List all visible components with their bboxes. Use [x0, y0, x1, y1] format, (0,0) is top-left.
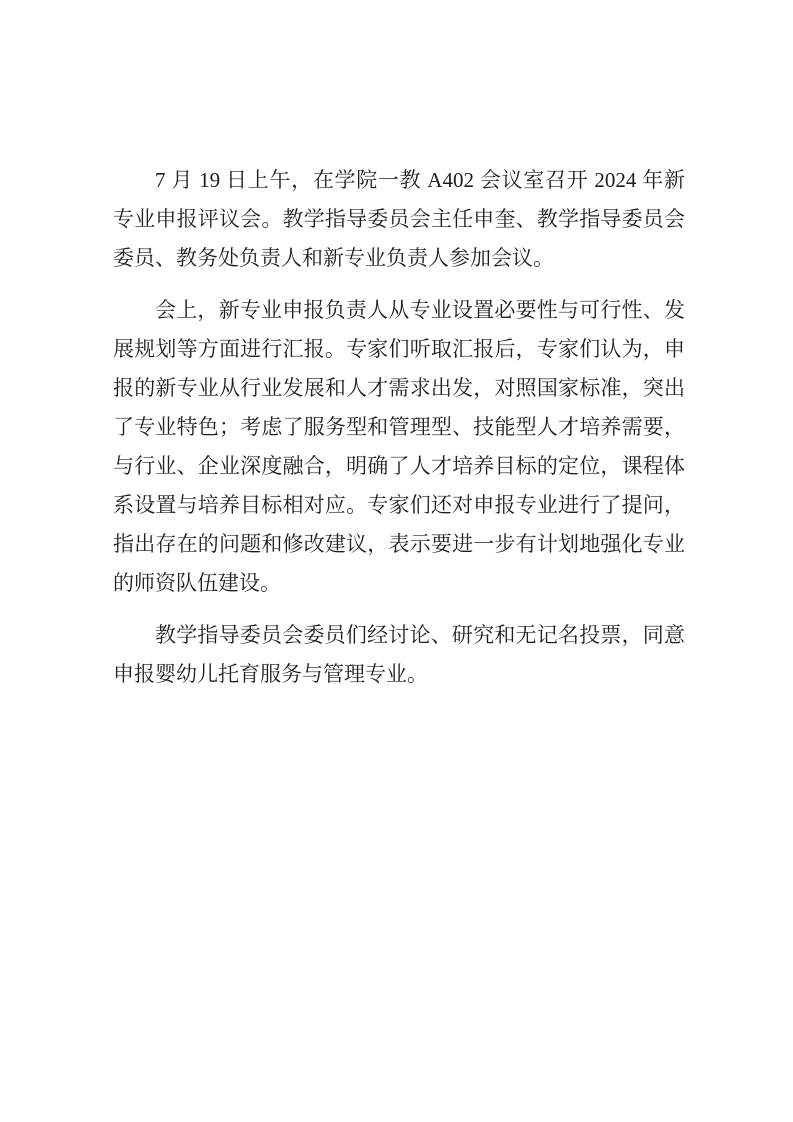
paragraph-vote-result: 教学指导委员会委员们经讨论、研究和无记名投票，同意申报婴幼儿托育服务与管理专业。	[113, 616, 685, 694]
paragraph-review-details: 会上，新专业申报负责人从专业设置必要性与可行性、发展规划等方面进行汇报。专家们听…	[113, 291, 685, 603]
paragraph-meeting-opening: 7 月 19 日上午，在学院一教 A402 会议室召开 2024 年新专业申报评…	[113, 161, 685, 278]
document-body: 7 月 19 日上午，在学院一教 A402 会议室召开 2024 年新专业申报评…	[113, 161, 685, 707]
document-page: 7 月 19 日上午，在学院一教 A402 会议室召开 2024 年新专业申报评…	[0, 0, 793, 1122]
